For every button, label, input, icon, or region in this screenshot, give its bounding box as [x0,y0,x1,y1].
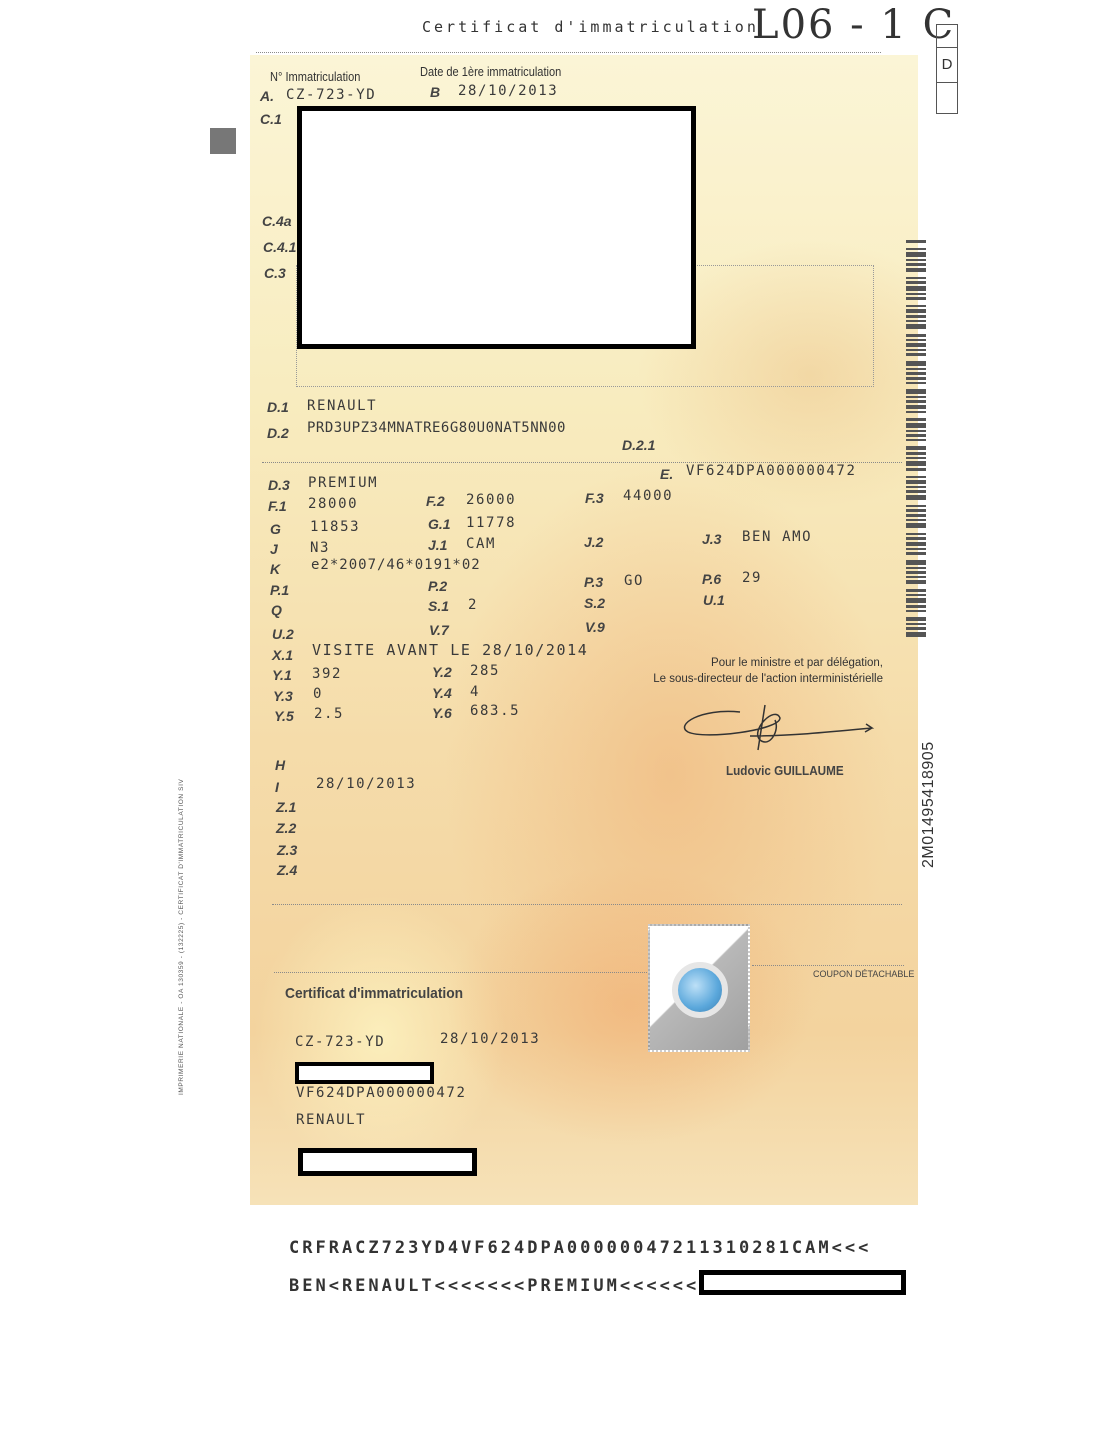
field-E-label: E. [660,466,673,482]
field-P3-value: GO [624,573,644,589]
signature-scribble-icon [680,700,880,755]
field-D2-value: PRD3UPZ34MNATRE6G80U0NAT5NN00 [307,420,566,436]
field-Y5-label: Y.5 [274,708,294,724]
field-F1-value: 28000 [308,496,358,512]
field-X1-label: X.1 [272,647,293,663]
field-U1-label: U.1 [703,592,725,608]
first-reg-date-label: Date de 1ère immatriculation [420,64,561,79]
field-Y3-value: 0 [313,686,323,702]
field-P2-label: P.2 [428,578,447,594]
field-G1-label: G.1 [428,516,451,532]
coupon-label: COUPON DÉTACHABLE [813,969,914,979]
coupon-divider-upper [272,904,902,905]
field-D3-value: PREMIUM [308,475,378,491]
field-G-value: 11853 [310,519,360,535]
field-Y3-label: Y.3 [273,688,293,704]
coupon-vin: VF624DPA000000472 [296,1085,467,1101]
field-Z4-label: Z.4 [277,862,297,878]
field-D3-label: D.3 [268,477,290,493]
field-Y5-value: 2.5 [314,706,344,722]
coupon-cut-line-left [274,972,649,973]
field-F3-value: 44000 [623,488,673,504]
field-C1-label: C.1 [260,111,282,127]
signature-line-2: Le sous-directeur de l'action interminis… [640,671,883,687]
field-Y1-label: Y.1 [272,667,292,683]
mrz-line-2: BEN<RENAULT<<<<<<<PREMIUM<<<<<< [289,1276,699,1296]
field-V7-label: V.7 [429,622,449,638]
field-P3-label: P.3 [584,574,603,590]
coupon-cut-line-right [752,965,904,966]
field-B-value: 28/10/2013 [458,83,558,99]
grey-marker [210,128,236,154]
field-J1-label: J.1 [428,537,447,553]
field-K-label: K [270,561,280,577]
coupon-date: 28/10/2013 [440,1031,540,1047]
field-Y2-value: 285 [470,663,500,679]
field-D1-label: D.1 [267,399,289,415]
field-K-value: e2*2007/46*0191*02 [311,557,481,573]
field-Q-label: Q [271,602,282,618]
field-C41-label: C.4.1 [263,239,296,255]
mrz-line-1: CRFRACZ723YD4VF624DPA00000047211310281CA… [289,1238,871,1258]
field-Z2-label: Z.2 [276,820,296,836]
barcode [906,240,926,635]
field-D1-value: RENAULT [307,398,377,414]
side-box: D [936,24,958,114]
side-box-letter: D [937,48,957,83]
field-D2-label: D.2 [267,425,289,441]
signatory-name: Ludovic GUILLAUME [726,763,844,778]
field-Y6-label: Y.6 [432,705,452,721]
coupon-plate: CZ-723-YD [295,1034,385,1050]
reg-number-label: N° Immatriculation [270,69,360,84]
field-Y4-value: 4 [470,684,480,700]
field-Y1-value: 392 [312,666,342,682]
field-F2-label: F.2 [426,493,445,509]
field-S1-label: S.1 [428,598,449,614]
field-Y4-label: Y.4 [432,685,452,701]
field-J-label: J [270,541,278,557]
field-J2-label: J.2 [584,534,603,550]
field-I-value: 28/10/2013 [316,776,416,792]
document-title: Certificat d'immatriculation [422,18,759,36]
field-C4a-label: C.4a [262,213,292,229]
field-Y6-value: 683.5 [470,703,520,719]
field-G1-value: 11778 [466,515,516,531]
field-H-label: H [275,757,285,773]
field-U2-label: U.2 [272,626,294,642]
field-F1-label: F.1 [268,498,287,514]
coupon-title: Certificat d'immatriculation [285,985,463,1002]
field-I-label: I [275,779,279,795]
field-D21-label: D.2.1 [622,437,655,453]
field-Z1-label: Z.1 [276,799,296,815]
field-F3-label: F.3 [585,490,604,506]
field-Z3-label: Z.3 [277,842,297,858]
field-S1-value: 2 [468,597,478,613]
field-E-value: VF624DPA000000472 [686,463,857,479]
globe-icon [672,962,728,1018]
field-A-label: A. [260,88,274,104]
signature-line-1: Pour le ministre et par délégation, [640,655,883,671]
field-A-value: CZ-723-YD [286,87,376,103]
field-P6-label: P.6 [702,571,721,587]
field-J3-label: J.3 [702,531,721,547]
field-G-label: G [270,521,281,537]
redaction-coupon-1 [295,1062,434,1084]
serial-number-vertical: 2M01495418905 [920,741,938,868]
field-Y2-label: Y.2 [432,664,452,680]
handwritten-reference: L06 - 1 C [752,2,955,48]
printer-imprint-vertical: IMPRIMERIE NATIONALE - OA 130359 - (1322… [178,779,185,1095]
field-X1-value: VISITE AVANT LE 28/10/2014 [312,641,588,659]
fiscal-stamp [648,924,750,1052]
coupon-make: RENAULT [296,1112,366,1128]
field-J1-value: CAM [466,536,496,552]
field-B-label: B [430,84,440,100]
redaction-coupon-2 [298,1148,477,1176]
header-divider [256,52,881,53]
signature-block: Pour le ministre et par délégation, Le s… [640,655,883,687]
redaction-mrz [699,1270,906,1295]
field-P1-label: P.1 [270,582,289,598]
field-J3-value: BEN AMO [742,529,812,545]
field-C3-label: C.3 [264,265,286,281]
field-F2-value: 26000 [466,492,516,508]
field-S2-label: S.2 [584,595,605,611]
field-P6-value: 29 [742,570,762,586]
field-J-value: N3 [310,540,330,556]
field-V9-label: V.9 [585,619,605,635]
redaction-holder-block [297,106,696,349]
